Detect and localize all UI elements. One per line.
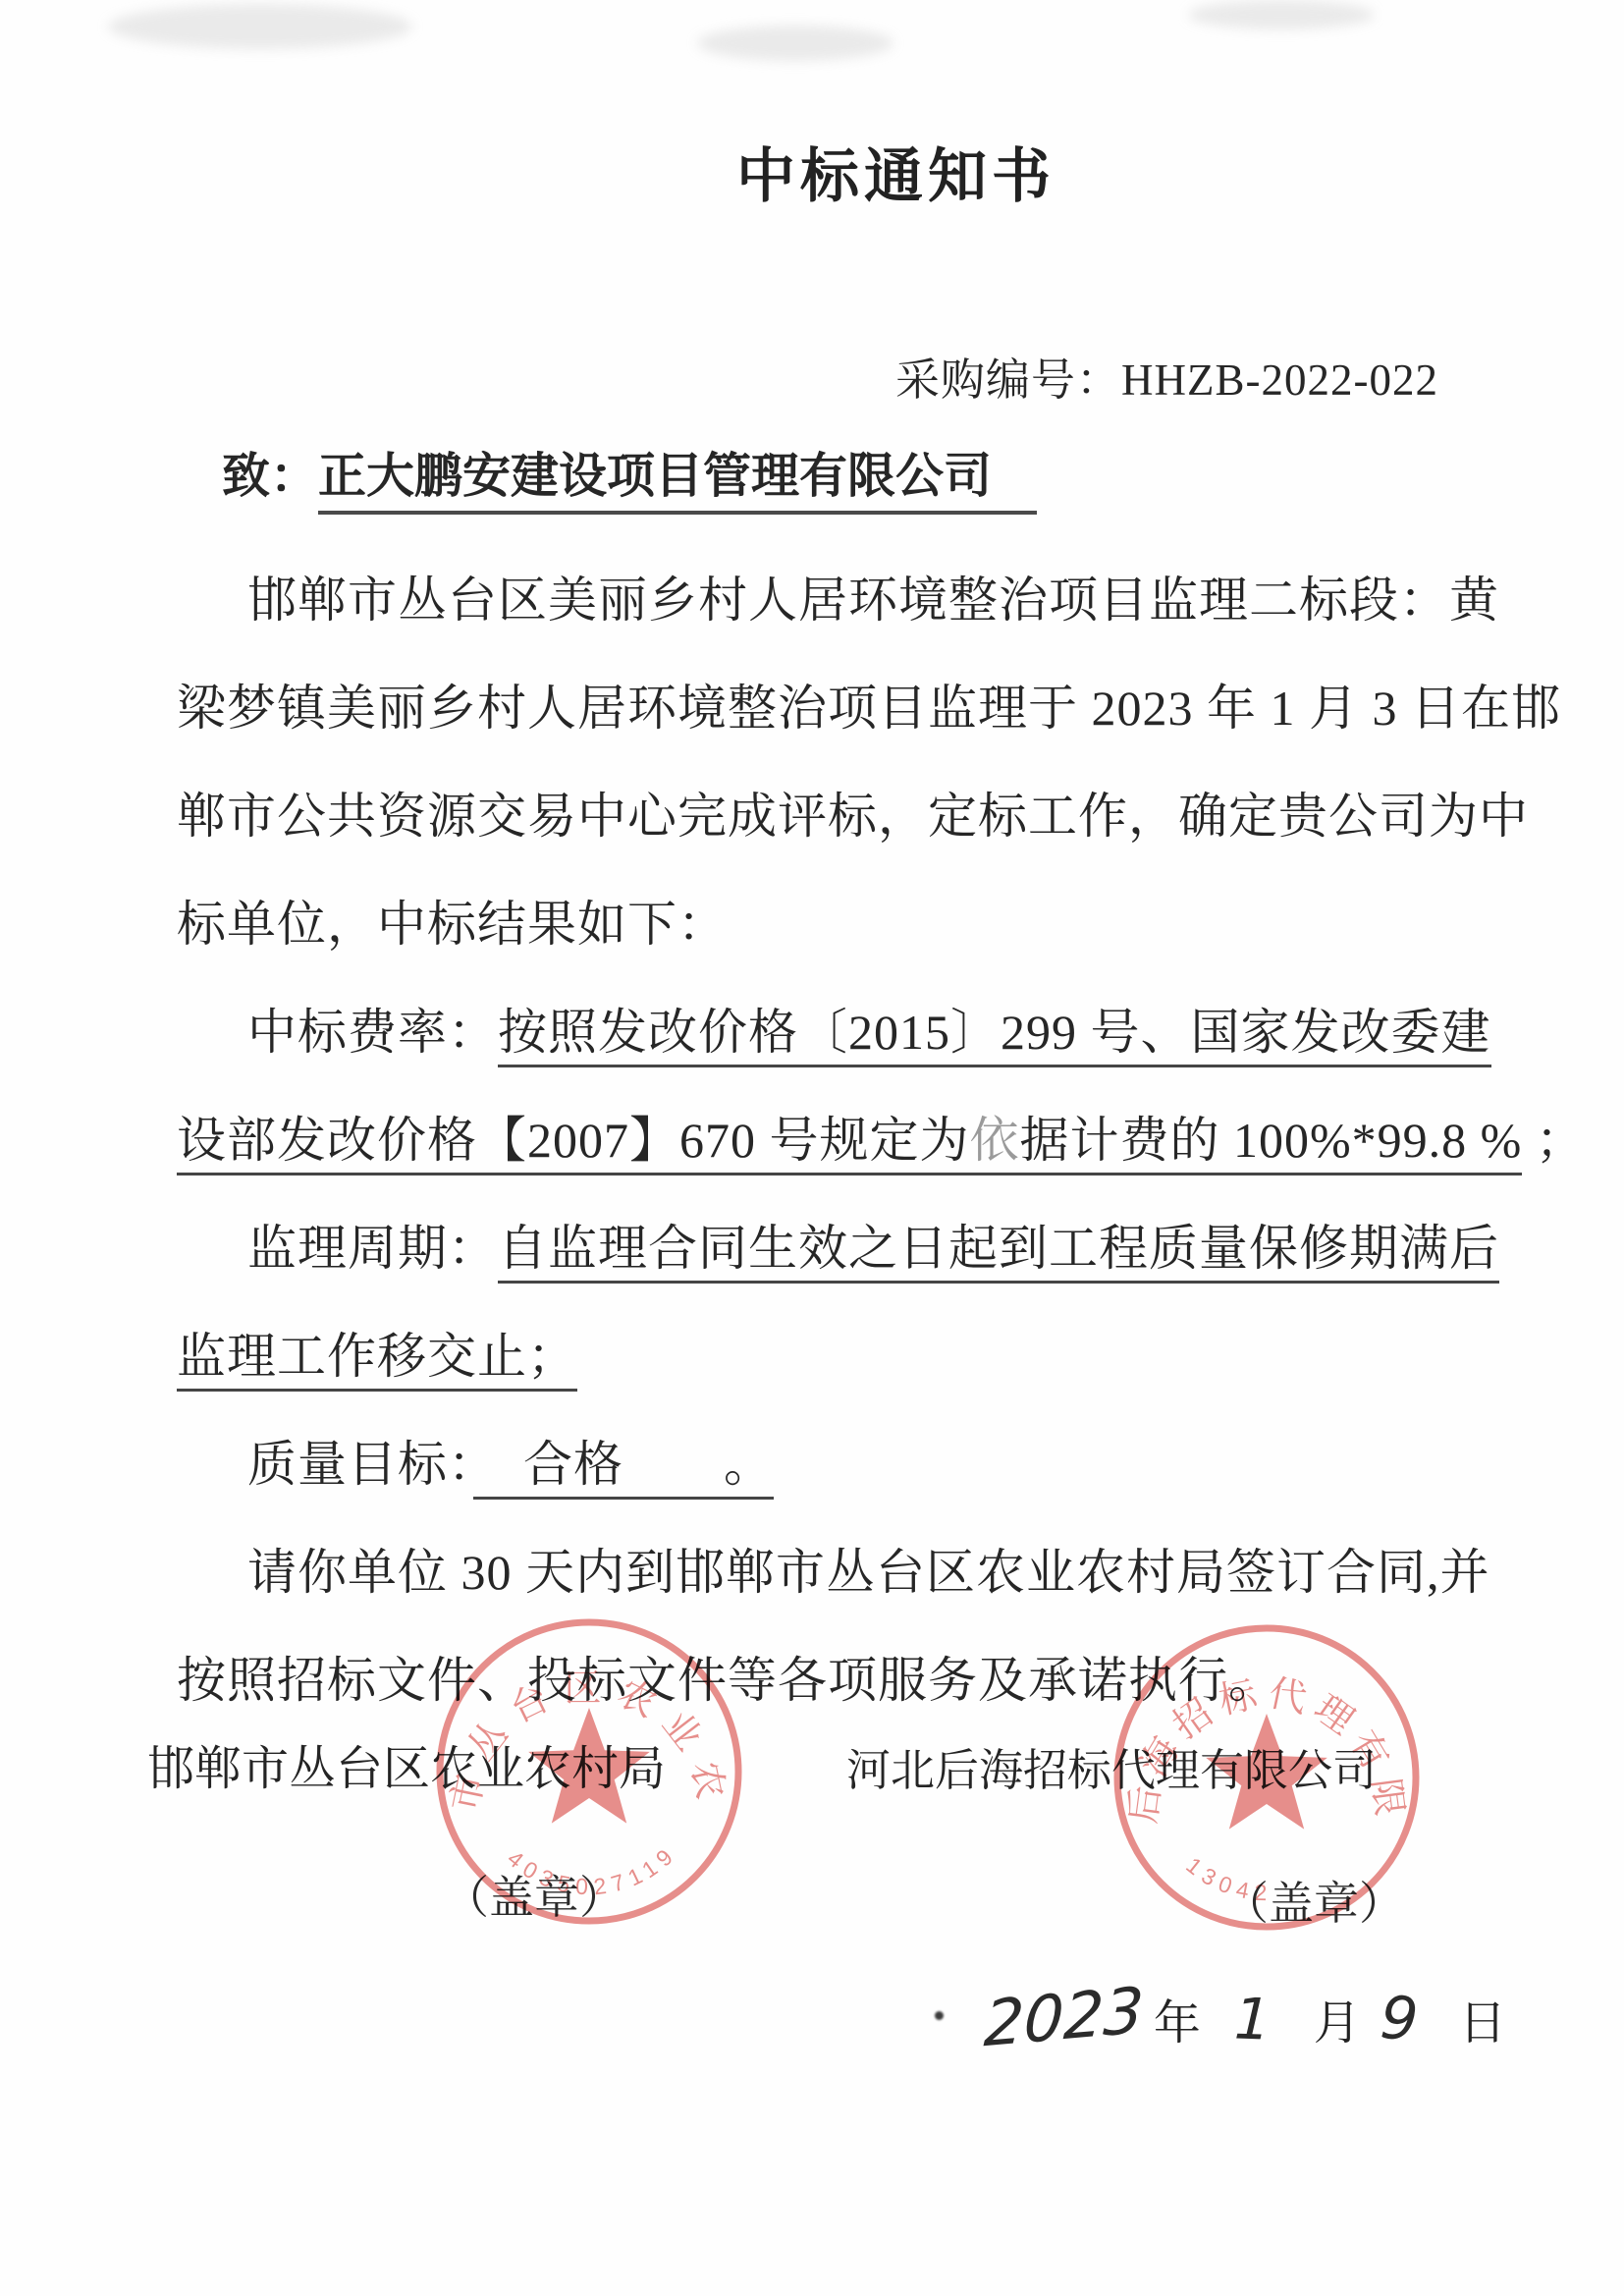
body-line: 中标费率：按照发改价格〔2015〕299 号、国家发改委建 [177,978,1492,1086]
text-segment: 监理周期： [247,1221,498,1276]
official-seal-left: 邯郸市丛台区农业农村局 4035027119 [430,1613,748,1931]
scan-smudge [1188,0,1375,29]
text-segment: 中标费率： [247,1005,498,1060]
procurement-number: HHZB-2022-022 [1121,355,1438,405]
body-line: 梁梦镇美丽乡村人居环境整治项目监理于 2023 年 1 月 3 日在邯 [177,654,1492,762]
scan-smudge [108,4,412,49]
award-notice-document: 中标通知书 采购编号：HHZB-2022-022 致：正大鹏安建设项目管理有限公… [0,0,1624,2296]
year-suffix: 年 [1154,1985,1201,2052]
body-line: 请你单位 30 天内到邯郸市丛台区农业农村局签订合同,并 [177,1518,1492,1626]
day-suffix: 日 [1459,1985,1506,2052]
body-line: 郸市公共资源交易中心完成评标，定标工作，确定贵公司为中 [177,762,1492,870]
body-line: 标单位，中标结果如下： [177,870,1492,978]
month-suffix: 月 [1314,1985,1361,2052]
text-segment: 梁梦镇美丽乡村人居环境整治项目监理于 2023 年 1 月 3 日在邯 [177,681,1561,736]
official-seal-right: 河北后海招标代理有限公司 13042 [1108,1618,1426,1937]
procurement-number-line: 采购编号：HHZB-2022-022 [895,344,1438,408]
body-line: 监理工作移交止； [177,1302,1492,1410]
seal-star-icon [1206,1714,1327,1830]
handwritten-year: 2023 [982,1975,1145,2062]
recipient-line: 致：正大鹏安建设项目管理有限公司 [222,438,1037,507]
body-text: 邯郸市丛台区美丽乡村人居环境整治项目监理二标段：黄 梁梦镇美丽乡村人居环境整治项… [177,546,1492,1734]
text-segment-underlined: 据计费的 100%*99.8 % [1020,1113,1523,1175]
recipient-label: 致： [222,449,318,503]
ink-dot [935,2011,944,2020]
handwritten-day: 9 [1378,1984,1420,2054]
text-segment: 请你单位 30 天内到邯郸市丛台区农业农村局签订合同,并 [247,1545,1490,1600]
handwritten-month: 1 [1233,1985,1272,2052]
procurement-label: 采购编号： [895,355,1121,405]
text-segment-underlined: 自监理合同生效之日起到工程质量保修期满后 [498,1221,1499,1284]
body-line: 监理周期：自监理合同生效之日起到工程质量保修期满后 [177,1194,1492,1302]
body-line: 邯郸市丛台区美丽乡村人居环境整治项目监理二标段：黄 [177,546,1492,654]
text-segment-underlined: 按照发改价格〔2015〕299 号、国家发改委建 [498,1005,1491,1067]
text-segment: 质量目标： [247,1437,473,1492]
text-segment: ； [1522,1113,1586,1168]
text-segment-underlined: 监理工作移交止； [177,1329,577,1392]
scan-smudge [697,26,893,61]
text-segment: 标单位，中标结果如下： [177,897,728,952]
seal-serial-number: 13042 [1181,1852,1273,1905]
svg-text:13042: 13042 [1181,1852,1273,1905]
seal-serial-number: 4035027119 [503,1839,682,1899]
recipient-company-name: 正大鹏安建设项目管理有限公司 [318,449,1037,515]
text-segment-underlined: 设部发改价格【2007】670 号规定为 [177,1113,970,1175]
text-segment: 郸市公共资源交易中心完成评标，定标工作，确定贵公司为中 [177,789,1529,844]
text-segment-faint: 依 [970,1113,1020,1175]
text-segment-underlined: 合格 。 [473,1437,774,1500]
text-segment: 邯郸市丛台区美丽乡村人居环境整治项目监理二标段：黄 [247,573,1499,628]
svg-text:4035027119: 4035027119 [503,1839,682,1899]
body-line: 设部发改价格【2007】670 号规定为依据计费的 100%*99.8 % ； [177,1086,1492,1194]
seal-star-icon [528,1708,650,1824]
date-line: 2023 年 1 月 9 日 [984,1982,1506,2054]
page-title: 中标通知书 [736,130,1056,214]
body-line: 质量目标： 合格 。 [177,1410,1492,1518]
